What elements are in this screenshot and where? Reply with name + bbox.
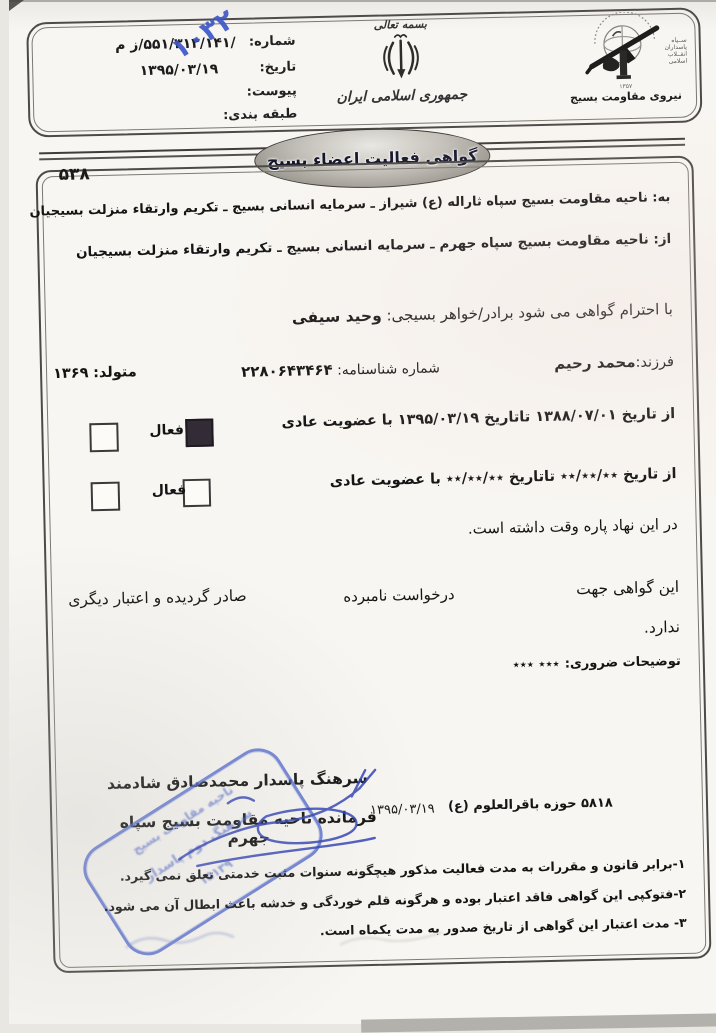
irgc-side-text: ســپاه پاسداران انقــلاب اسلامی — [634, 37, 679, 66]
certificate-document: شماره: /۵۵۱/۳۱۳/۱۴۱/ز م تاریخ: ۱۳۹۵/۰۳/۱… — [0, 0, 716, 1024]
membership-type-box-1 — [176, 418, 205, 447]
letterhead-fields: شماره: /۵۵۱/۳۱۳/۱۴۱/ز م تاریخ: ۱۳۹۵/۰۳/۱… — [21, 30, 288, 131]
scan-top-edge — [0, 0, 716, 2]
membership-type-box-2 — [174, 479, 203, 508]
scanned-page: شماره: /۵۵۱/۳۱۳/۱۴۱/ز م تاریخ: ۱۳۹۵/۰۳/۱… — [0, 0, 716, 1024]
active-checkbox-1 — [80, 423, 110, 453]
iran-allah-emblem-icon — [362, 30, 421, 83]
id-number: ۲۲۸۰۶۴۳۴۶۴ — [232, 361, 324, 381]
irgc-basij-logo-group: ســپاه پاسداران انقــلاب اسلامی ۱۳۵۷ نیر… — [547, 11, 685, 105]
number-label: شماره: — [240, 34, 287, 50]
active-label-1: فعال — [140, 422, 175, 439]
attachment-label: پیوست: — [238, 84, 288, 100]
remarks-label: توضیحات ضروری: — [556, 654, 672, 672]
to-label: به: — [643, 190, 661, 205]
country-name: جمهوری اسلامی ایران — [323, 87, 463, 106]
document-serial-number: ۵۳۸ — [49, 164, 81, 185]
father-name: محمد رحیم — [545, 353, 627, 373]
birth-year: ۱۳۶۹ — [44, 365, 80, 382]
pencil-ghost-mark — [327, 926, 438, 952]
date-label: تاریخ: — [250, 60, 287, 76]
active-label-2: فعال — [143, 482, 178, 499]
birth-line: متولد: ۱۳۶۹ — [44, 364, 128, 382]
remarks-line: توضیحات ضروری: ٭٭٭ ٭٭٭ — [503, 650, 672, 673]
issue-segment-2: درخواست نامبرده — [334, 585, 446, 606]
date-value: ۱۳۹۵/۰۳/۱۹ — [130, 61, 209, 79]
field-date: تاریخ: ۱۳۹۵/۰۳/۱۹ — [22, 60, 287, 88]
father-label: فرزند: — [626, 354, 665, 371]
father-line: فرزند:محمد رحیم — [545, 352, 665, 373]
member-name: وحید سیفی — [283, 307, 373, 327]
id-label: شماره شناسنامه: — [328, 360, 431, 378]
remarks-value: ٭٭٭ ٭٭٭ — [503, 657, 550, 673]
issue-segment-4: ندارد. — [635, 618, 671, 637]
iran-emblem-group: بسمه تعالی جمهوری اسلامی ایران — [321, 17, 463, 106]
ink-ghost-mark — [112, 923, 233, 956]
scan-corner-artifact — [0, 0, 15, 11]
from-label: از: — [644, 231, 662, 247]
active-checkbox-2 — [82, 482, 112, 512]
classification-label: طبقه بندی: — [214, 107, 288, 124]
issue-segment-1: این گواهی جهت — [567, 578, 670, 598]
field-number: شماره: /۵۵۱/۳۱۳/۱۴۱/ز م — [22, 34, 287, 62]
birth-label: متولد: — [84, 364, 128, 381]
